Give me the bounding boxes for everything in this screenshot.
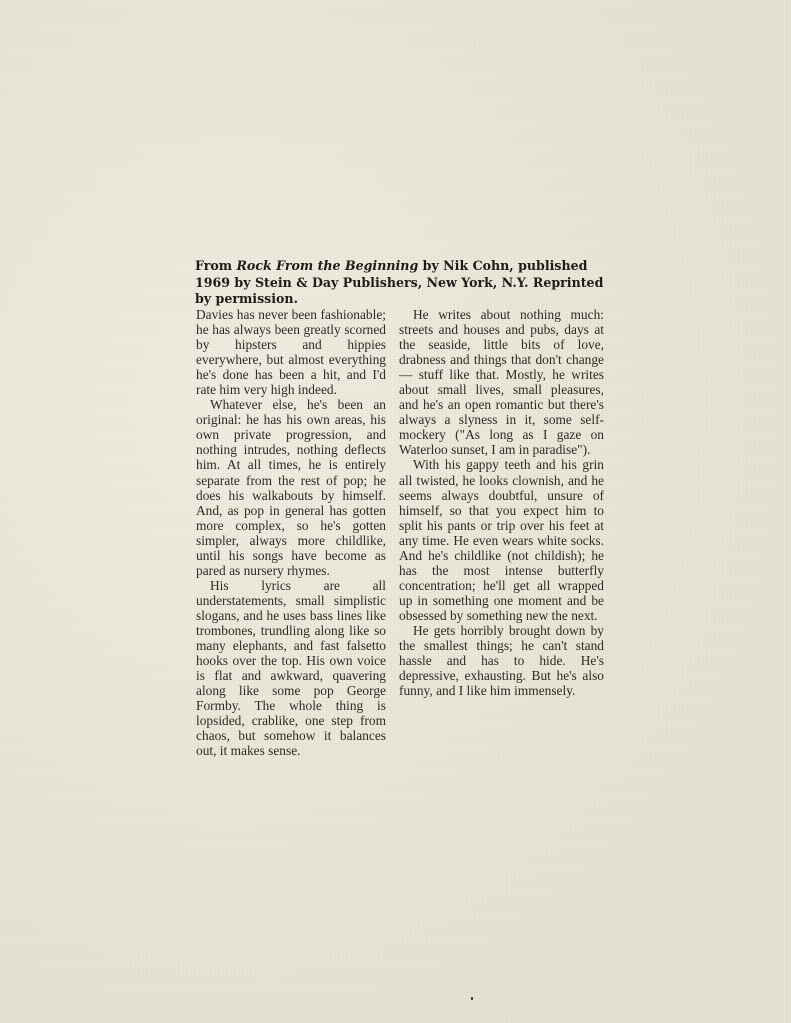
paragraph: He gets horribly brought down by the sma… [399,623,604,698]
paper-speck [471,997,473,1000]
text-column-right: He writes about nothing much: streets an… [399,307,604,698]
paragraph: Davies has never been fashionable; he ha… [196,307,386,397]
printed-page: From Rock From the Beginning by Nik Cohn… [0,0,791,1023]
text-column-left: Davies has never been fashionable; he ha… [196,307,386,758]
paragraph: Whatever else, he's been an original: he… [196,397,386,578]
paragraph: With his gappy teeth and his grin all tw… [399,457,604,623]
credit-prefix: From [195,258,236,273]
source-credit: From Rock From the Beginning by Nik Cohn… [195,258,607,308]
book-title: Rock From the Beginning [236,258,418,273]
paragraph: His lyrics are all understatements, smal… [196,578,386,759]
paragraph: He writes about nothing much: streets an… [399,307,604,457]
